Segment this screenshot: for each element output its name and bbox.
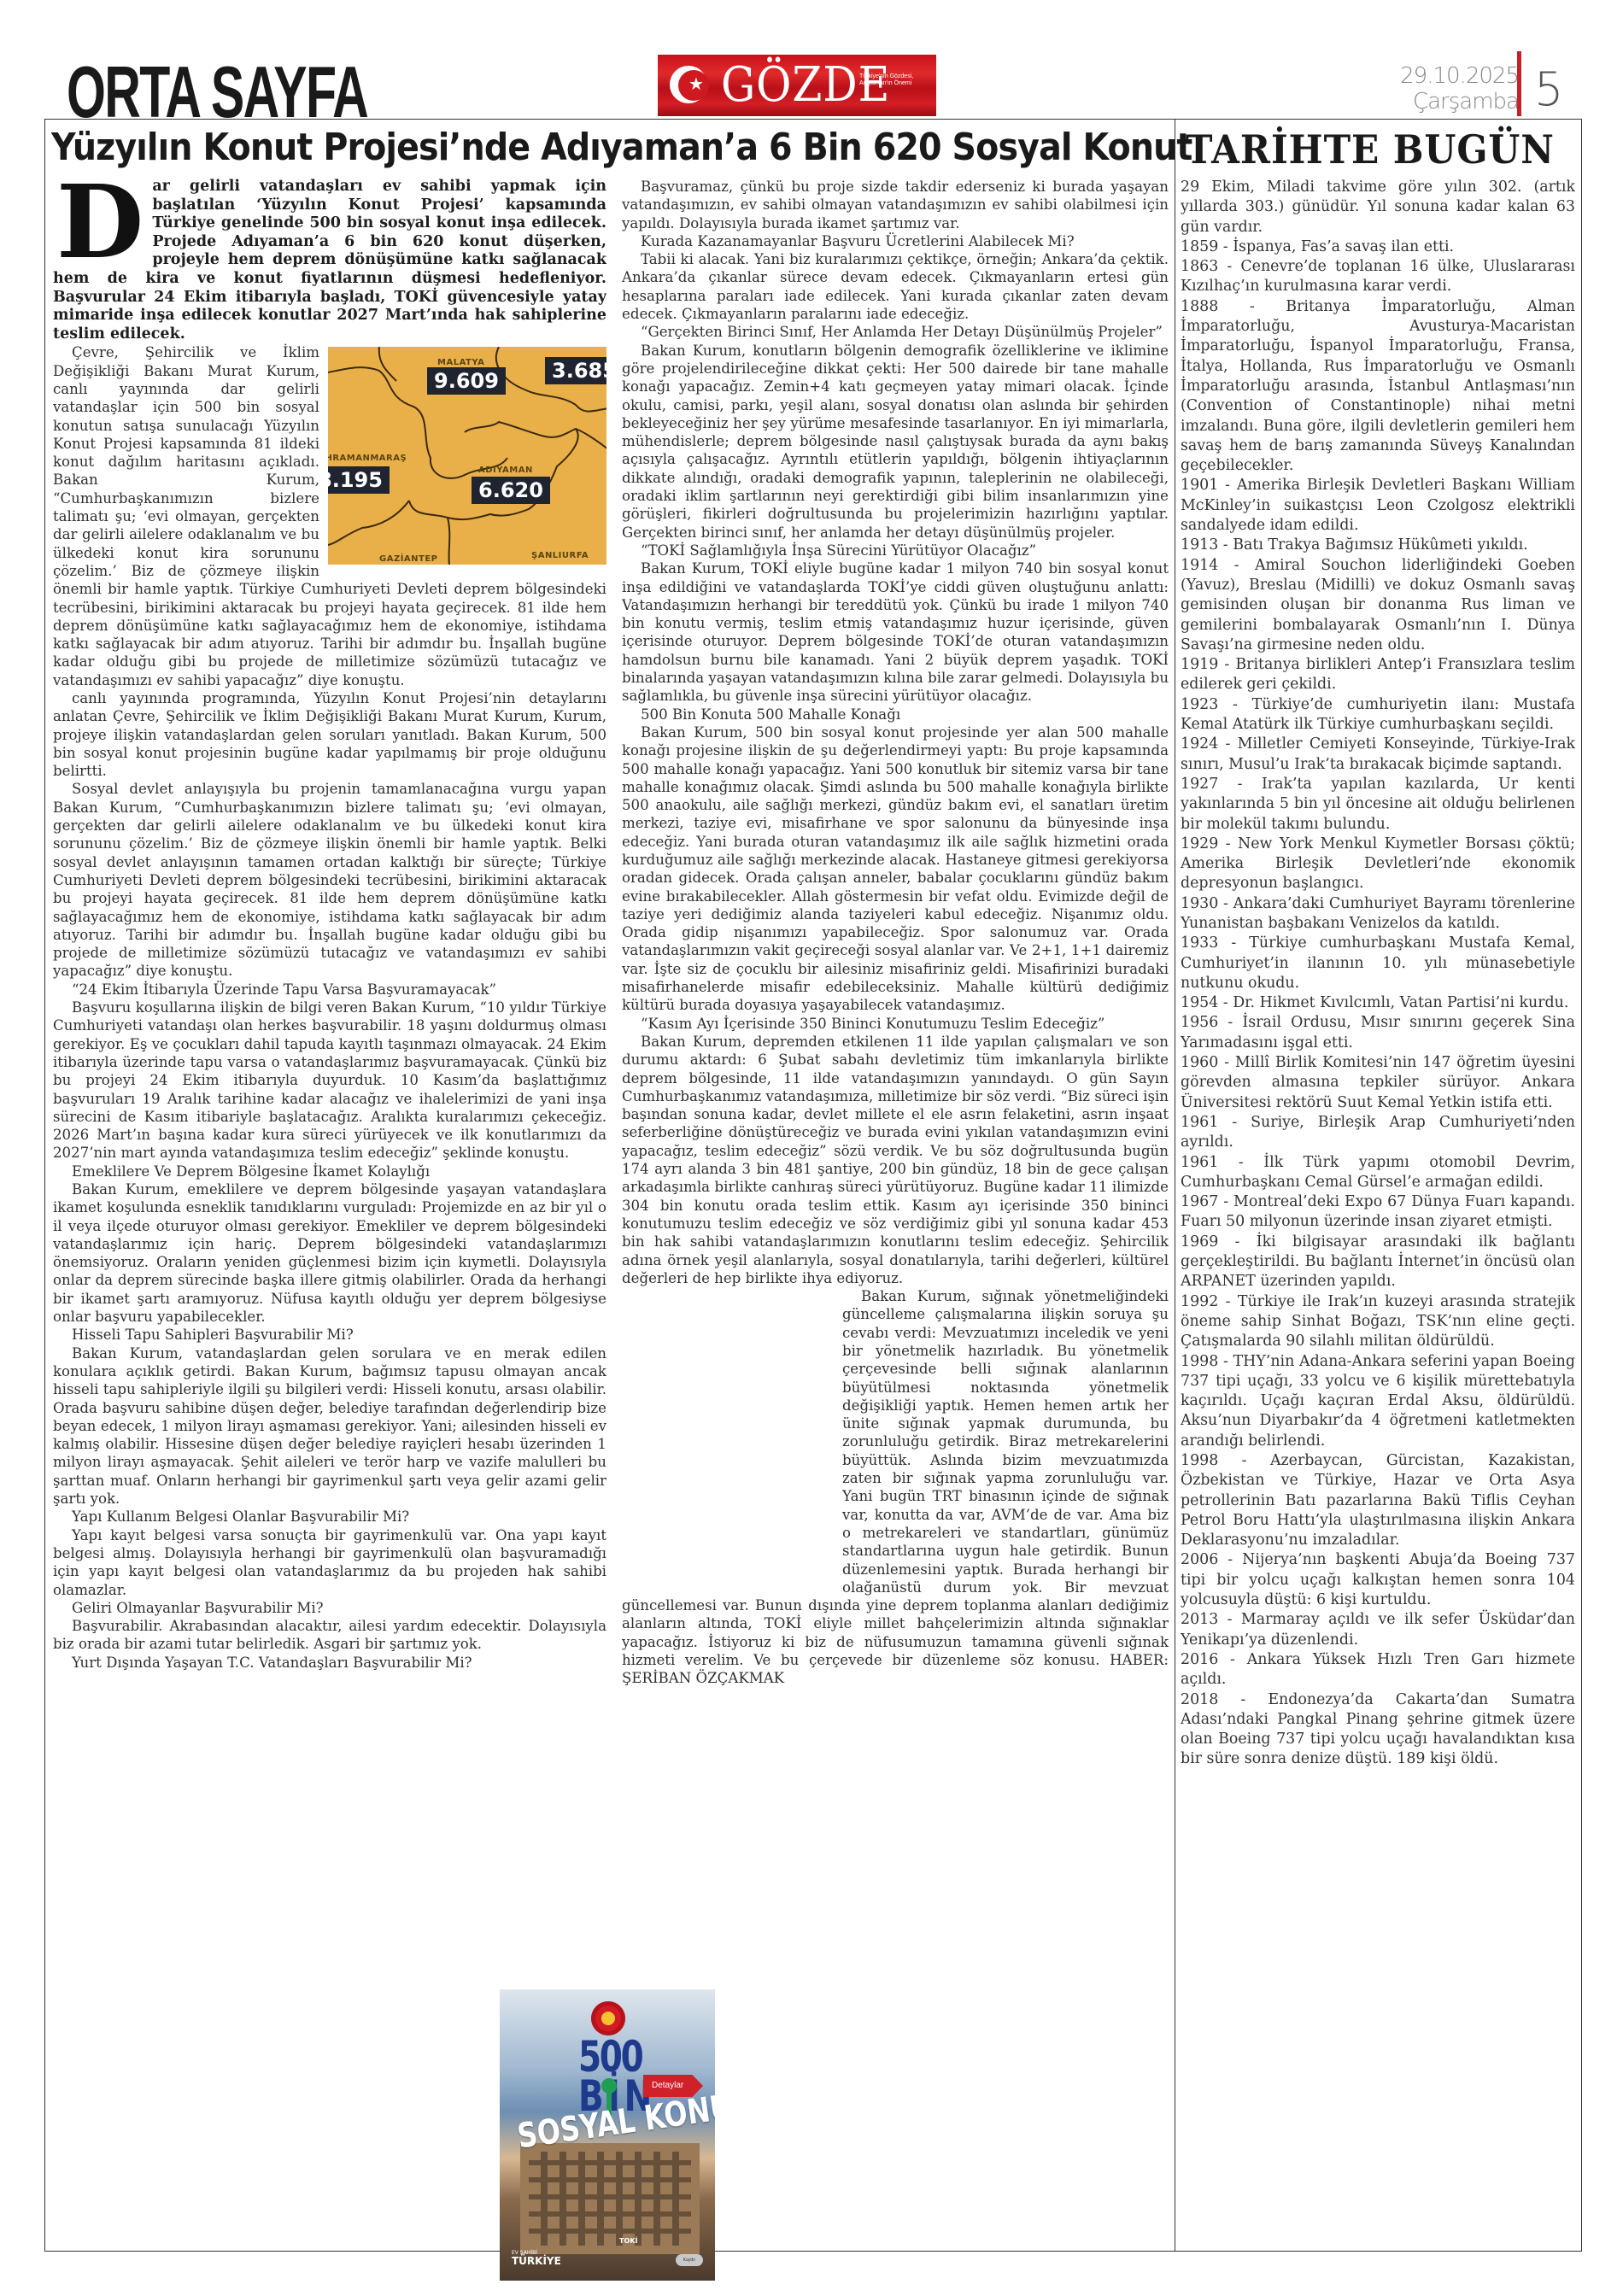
issue-date: 29.10.2025 Çarşamba bbox=[1400, 63, 1519, 114]
social-housing-poster: 500 BİN Detaylar SOSYAL KONUT EV SAHİBİ … bbox=[500, 1989, 715, 2281]
page-number: 5 bbox=[1534, 67, 1563, 113]
history-entry: 1969 - İki bilgisayar arasındaki ilk bağ… bbox=[1181, 1233, 1575, 1292]
poster-brand: EV SAHİBİ TÜRKİYE bbox=[512, 2251, 561, 2266]
date-text: 29.10.2025 bbox=[1400, 63, 1519, 89]
history-entry: 1967 - Montreal’deki Expo 67 Dünya Fuarı… bbox=[1181, 1192, 1575, 1233]
subheading: Geliri Olmayanlar Başvurabilir Mi? bbox=[53, 1599, 606, 1617]
paragraph: Başvuramaz, çünkü bu proje sizde takdir … bbox=[622, 178, 1169, 232]
subheading: Emeklilere Ve Deprem Bölgesine İkamet Ko… bbox=[53, 1163, 606, 1180]
distribution-map: MALATYA 9.609 3.685 KAHRAMANMARAŞ 8.195 … bbox=[328, 347, 606, 565]
map-label-kahramanmaras: KAHRAMANMARAŞ bbox=[328, 449, 407, 467]
subheading: Hisseli Tapu Sahipleri Başvurabilir Mi? bbox=[53, 1326, 606, 1344]
history-entry: 1992 - Türkiye ile Irak’ın kuzeyi arasın… bbox=[1181, 1292, 1575, 1352]
history-entry: 1998 - THY’nin Adana-Ankara seferini yap… bbox=[1181, 1352, 1575, 1451]
paragraph: Bakan Kurum, depremden etkilenen 11 ilde… bbox=[622, 1033, 1169, 1287]
history-entry: 2018 - Endonezya’da Cakarta’dan Sumatra … bbox=[1181, 1690, 1575, 1770]
paragraph: Tabii ki alacak. Yani biz kuralarımızı ç… bbox=[622, 250, 1169, 323]
article-column-middle: Başvuramaz, çünkü bu proje sizde takdir … bbox=[622, 178, 1169, 2236]
crescent-star-icon: ★ bbox=[670, 66, 709, 105]
map-value-malatya: 9.609 bbox=[427, 367, 506, 395]
map-value-northeast: 3.685 bbox=[545, 357, 606, 384]
paragraph: Bakan Kurum, konutların bölgenin demogra… bbox=[622, 342, 1169, 542]
apartment-building-image bbox=[520, 2143, 700, 2254]
history-sidebar: 29 Ekim, Miladi takvime göre yılın 302. … bbox=[1181, 178, 1575, 2245]
history-entry: 2013 - Marmaray açıldı ve ilk sefer Üskü… bbox=[1181, 1610, 1575, 1650]
history-entry: 1956 - İsrail Ordusu, Mısır sınırını geç… bbox=[1181, 1013, 1575, 1053]
map-value-kahramanmaras: 8.195 bbox=[328, 466, 390, 494]
history-entry: 1960 - Millî Birlik Komitesi’nin 147 öğr… bbox=[1181, 1053, 1575, 1113]
history-entry: 1863 - Cenevre’de toplanan 16 ülke, Ulus… bbox=[1181, 257, 1575, 297]
history-entry: 1933 - Türkiye cumhurbaşkanı Mustafa Kem… bbox=[1181, 934, 1575, 993]
paragraph: Sosyal devlet anlayışıyla bu projenin ta… bbox=[53, 780, 606, 980]
history-entry: 2016 - Ankara Yüksek Hızlı Tren Garı hiz… bbox=[1181, 1650, 1575, 1690]
history-entry: 1859 - İspanya, Fas’a savaş ilan etti. bbox=[1181, 237, 1575, 257]
weekday-text: Çarşamba bbox=[1400, 89, 1519, 114]
masthead: ORTA SAYFA ★ GÖZDE Türkiye'nin Gözdesi, … bbox=[0, 0, 1623, 120]
history-entry: 1901 - Amerika Birleşik Devletleri Başka… bbox=[1181, 476, 1575, 536]
toki-logo: TOKİ bbox=[619, 2237, 637, 2245]
paragraph: Başvurabilir. Akrabasından alacaktır, ai… bbox=[53, 1617, 606, 1654]
logo-tagline: Türkiye'nin Gözdesi, Adıyaman'ın Önemi bbox=[859, 73, 928, 86]
history-entry: 1930 - Ankara’daki Cumhuriyet Bayramı tö… bbox=[1181, 894, 1575, 934]
subheading: 500 Bin Konuta 500 Mahalle Konağı bbox=[622, 706, 1169, 723]
history-entry: 1888 - Britanya İmparatorluğu, Alman İmp… bbox=[1181, 297, 1575, 477]
subheading: “Gerçekten Birinci Sınıf, Her Anlamda He… bbox=[622, 323, 1169, 341]
subheading: Yurt Dışında Yaşayan T.C. Vatandaşları B… bbox=[53, 1654, 606, 1672]
subheading: Yapı Kullanım Belgesi Olanlar Başvurabil… bbox=[53, 1508, 606, 1526]
column-divider bbox=[1175, 119, 1175, 2252]
page-divider bbox=[1517, 51, 1521, 116]
subheading: Kurada Kazanamayanlar Başvuru Ücretlerin… bbox=[622, 232, 1169, 250]
poster-spacer bbox=[622, 1289, 834, 1581]
paragraph: Bakan Kurum, 500 bin sosyal konut projes… bbox=[622, 723, 1169, 1015]
paragraph: Bakan Kurum, emeklilere ve deprem bölges… bbox=[53, 1180, 606, 1326]
subheading: “24 Ekim İtibarıyla Üzerinde Tapu Varsa … bbox=[53, 981, 606, 999]
history-entry: 1998 - Azerbaycan, Gürcistan, Kazakistan… bbox=[1181, 1451, 1575, 1550]
history-entry: 1923 - Türkiye’de cumhuriyetin ilanı: Mu… bbox=[1181, 695, 1575, 735]
paragraph: canlı yayınında programında, Yüzyılın Ko… bbox=[53, 689, 606, 780]
paragraph: Başvuru koşullarına ilişkin de bilgi ver… bbox=[53, 999, 606, 1163]
paragraph: Bakan Kurum, vatandaşlardan gelen sorula… bbox=[53, 1344, 606, 1508]
map-label-gaziantep: GAZİANTEP bbox=[379, 550, 438, 565]
paragraph: Bakan Kurum, TOKİ eliyle bugüne kadar 1 … bbox=[622, 559, 1169, 705]
article-column-left: D ar gelirli vatandaşları ev sahibi yapm… bbox=[53, 178, 606, 2236]
history-entry: 1929 - New York Menkul Kıymetler Borsası… bbox=[1181, 835, 1575, 894]
history-entry: 1914 - Amiral Souchon liderliğindeki Goe… bbox=[1181, 556, 1575, 655]
article-lead: D ar gelirli vatandaşları ev sahibi yapm… bbox=[53, 178, 606, 343]
map-value-adiyaman: 6.620 bbox=[472, 477, 550, 504]
scroll-pill: Kaydır bbox=[676, 2254, 703, 2266]
history-entry: 1919 - Britanya birlikleri Antep’i Frans… bbox=[1181, 655, 1575, 695]
presidency-emblem-icon bbox=[591, 2001, 625, 2035]
history-entry: 29 Ekim, Miladi takvime göre yılın 302. … bbox=[1181, 178, 1575, 237]
article-headline: Yüzyılın Konut Projesi’nde Adıyaman’a 6 … bbox=[51, 123, 1058, 173]
history-entry: 1961 - Suriye, Birleşik Arap Cumhuriyeti… bbox=[1181, 1113, 1575, 1153]
history-entry: 1961 - İlk Türk yapımı otomobil Devrim, … bbox=[1181, 1153, 1575, 1193]
paragraph: Yapı kayıt belgesi varsa sonuçta bir gay… bbox=[53, 1526, 606, 1599]
subheading: “TOKİ Sağlamlığıyla İnşa Sürecini Yürütü… bbox=[622, 542, 1169, 559]
drop-cap: D bbox=[56, 183, 144, 261]
newspaper-logo[interactable]: ★ GÖZDE Türkiye'nin Gözdesi, Adıyaman'ın… bbox=[658, 55, 936, 116]
map-label-sanliurfa: ŞANLIURFA bbox=[531, 547, 589, 565]
history-entry: 1913 - Batı Trakya Bağımsız Hükûmeti yık… bbox=[1181, 536, 1575, 555]
history-entry: 1924 - Milletler Cemiyeti Konseyinde, Tü… bbox=[1181, 735, 1575, 775]
history-entry: 1954 - Dr. Hikmet Kıvılcımlı, Vatan Part… bbox=[1181, 993, 1575, 1013]
subheading: “Kasım Ayı İçerisinde 350 Bininci Konutu… bbox=[622, 1015, 1169, 1033]
history-entry: 1927 - Irak’ta yapılan kazılarda, Ur ken… bbox=[1181, 775, 1575, 835]
history-entry: 2006 - Nijerya’nın başkenti Abuja’da Boe… bbox=[1181, 1550, 1575, 1610]
sidebar-title: TARİHTE BUGÜN bbox=[1186, 125, 1547, 174]
